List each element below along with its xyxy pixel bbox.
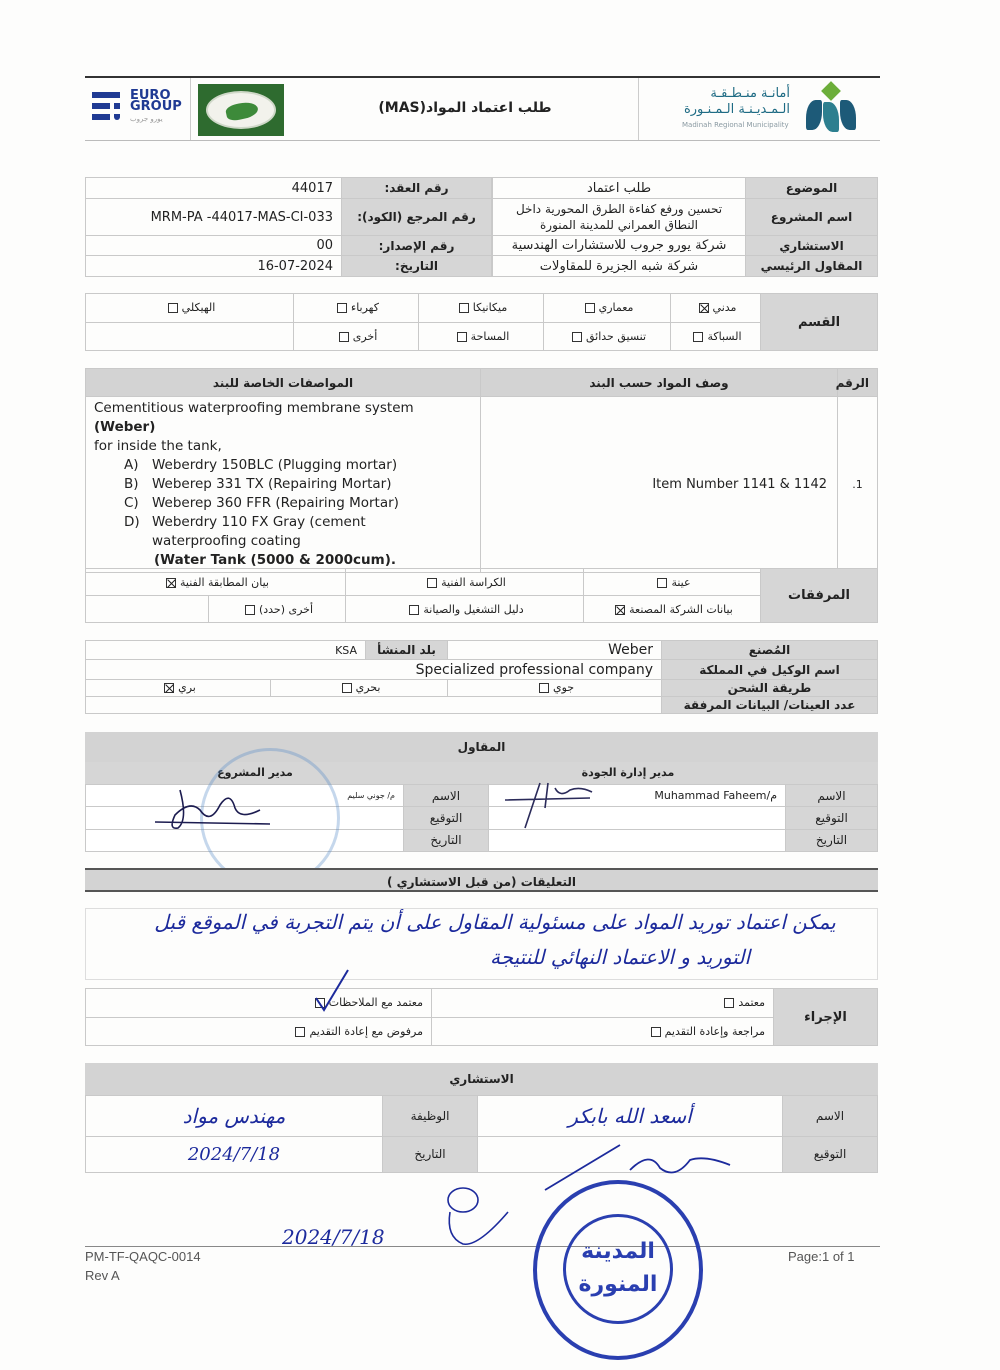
consultant-stamp: المدينة المنورة — [533, 1180, 703, 1360]
attachment-other[interactable]: أخرى (حدد) — [209, 596, 346, 623]
attachment-sample[interactable]: عينة — [584, 569, 761, 596]
origin-country-value: KSA — [86, 641, 366, 660]
contract-number-label: رقم العقد: — [342, 178, 492, 199]
contractor-title: المقاول — [85, 732, 878, 762]
item-number: .1 — [838, 397, 878, 573]
items-table: الرقم وصف المواد حسب البند المواصفات الخ… — [85, 368, 878, 551]
attachment-compliance-statement[interactable]: بيان المطابقة الفنية — [86, 569, 346, 596]
checkbox-compliance-statement[interactable] — [166, 578, 176, 588]
approved-with-comments-checkmark-icon — [312, 968, 352, 1013]
euro-group-logo: EURO GROUP يورو جروب — [92, 88, 187, 130]
project-name-value: تحسين ورفع كفاءة الطرق المحورية داخل الن… — [493, 199, 746, 236]
qm-name-label: الاسم — [786, 785, 878, 807]
spec-intro: Cementitious waterproofing membrane syst… — [94, 399, 472, 437]
pm-date-label: التاريخ — [404, 829, 489, 851]
checkbox-civil[interactable] — [699, 303, 709, 313]
form-code: PM-TF-QAQC-0014 — [85, 1249, 201, 1264]
checkbox-manufacturer-data[interactable] — [615, 605, 625, 615]
qm-signature-scribble — [500, 778, 600, 833]
header-top-rule — [85, 76, 880, 78]
items-header-description: وصف المواد حسب البند — [481, 369, 838, 397]
consultant-value: شركة يورو جروب للاستشارات الهندسية — [493, 236, 746, 256]
date-label: التاريخ: — [342, 256, 492, 277]
division-option-mechanical[interactable]: ميكانيكا — [419, 294, 544, 323]
info-table-left: رقم العقد:44017 رقم المرجع (الكود):MRM-P… — [85, 177, 492, 276]
qm-signature-label: التوقيع — [786, 807, 878, 829]
header-divider-right — [638, 78, 639, 140]
manufacturer-value: Weber — [448, 641, 662, 660]
shipping-option-sea[interactable]: بحري — [271, 679, 448, 696]
spec-item-a: A)Weberdry 150BLC (Plugging mortar) — [94, 456, 472, 475]
revision-number-label: رقم الإصدار: — [342, 236, 492, 256]
date-value: 16-07-2024 — [86, 256, 342, 277]
checkbox-attachment-other[interactable] — [245, 605, 255, 615]
item-description: Item Number 1141 & 1142 — [481, 397, 838, 573]
division-option-structural[interactable]: الهيكلي — [86, 294, 294, 323]
header-bottom-rule — [85, 140, 880, 141]
checkbox-rejected-resubmit[interactable] — [295, 1027, 305, 1037]
division-option-landscaping[interactable]: تنسيق حدائق — [544, 322, 671, 351]
checkbox-structural[interactable] — [168, 303, 178, 313]
municipality-name-en: Madinah Regional Municipality — [682, 121, 789, 129]
spec-item-b: B)Weberep 331 TX (Repairing Mortar) — [94, 475, 472, 494]
consultant-signature-label: التوقيع — [783, 1136, 878, 1172]
consultant-name-label: الاسم — [783, 1096, 878, 1137]
footer-rule — [85, 1246, 880, 1247]
samples-count-value — [86, 696, 662, 713]
project-name-label: اسم المشروع — [746, 199, 878, 236]
checkbox-landscaping[interactable] — [572, 332, 582, 342]
peninsula-logo — [198, 84, 284, 136]
division-option-electrical[interactable]: كهرباء — [294, 294, 419, 323]
comments-handwritten-line2: التوريد و الاعتماد النهائي للنتيجة — [430, 945, 810, 969]
reference-code-label: رقم المرجع (الكود): — [342, 199, 492, 236]
consultant-date-label: التاريخ — [383, 1136, 478, 1172]
checkbox-om-manual[interactable] — [409, 605, 419, 615]
pm-signature-label: التوقيع — [404, 807, 489, 829]
action-table: الإجراء معتمد معتمد مع الملاحظات مراجعة … — [85, 988, 878, 1046]
subject-value: طلب اعتماد — [493, 178, 746, 199]
division-option-survey[interactable]: المساحة — [419, 322, 544, 351]
attachment-manufacturer-data[interactable]: بيانات الشركة المصنعة — [584, 596, 761, 623]
spec-intro-2: for inside the tank, — [94, 437, 472, 456]
revision-label: Rev A — [85, 1268, 120, 1283]
manufacturer-label: المُصنع — [662, 641, 878, 660]
main-contractor-label: المقاول الرئيسي — [746, 256, 878, 277]
subject-label: الموضوع — [746, 178, 878, 199]
pm-name-label: الاسم — [404, 785, 489, 807]
division-option-architectural[interactable]: معماري — [544, 294, 671, 323]
action-label: الإجراء — [774, 989, 878, 1046]
checkbox-revise-resubmit[interactable] — [651, 1027, 661, 1037]
euro-group-sub: يورو جروب — [130, 115, 163, 123]
checkbox-survey[interactable] — [457, 332, 467, 342]
action-option-approved[interactable]: معتمد — [432, 989, 774, 1018]
local-agent-value: Specialized professional company — [86, 660, 662, 679]
division-option-other[interactable]: أخرى — [294, 322, 419, 351]
footer-initials-scribble — [438, 1182, 518, 1252]
checkbox-air[interactable] — [539, 683, 549, 693]
division-label: القسم — [761, 294, 878, 351]
stamp-center-line1: المدينة — [537, 1239, 699, 1264]
shipping-method-label: طريقة الشحن — [662, 679, 878, 696]
items-header-number: الرقم — [838, 369, 878, 397]
action-option-revise-resubmit[interactable]: مراجعة وإعادة التقديم — [432, 1017, 774, 1046]
action-option-approved-with-comments[interactable]: معتمد مع الملاحظات — [86, 989, 432, 1018]
municipality-name-line1: أمانـة منـطـقـة — [680, 86, 790, 101]
checkbox-electrical[interactable] — [337, 303, 347, 313]
euro-group-line2: GROUP — [130, 101, 182, 113]
euro-group-mark-icon — [92, 92, 122, 122]
checkbox-sample[interactable] — [657, 578, 667, 588]
header-divider-left — [190, 78, 191, 140]
checkbox-other[interactable] — [339, 332, 349, 342]
contract-number-value: 44017 — [86, 178, 342, 199]
attachments-label: المرفقات — [761, 569, 878, 623]
main-contractor-value: شركة شبه الجزيرة للمقاولات — [493, 256, 746, 277]
comments-title: التعليقات (من قبل الاستشاري ) — [85, 868, 878, 892]
consultant-date-value: 2024/7/18 — [86, 1136, 383, 1172]
shipping-option-land[interactable]: بري — [86, 679, 271, 696]
qm-date-label: التاريخ — [786, 829, 878, 851]
consultant-job-value: مهندس مواد — [86, 1096, 383, 1137]
division-option-plumbing[interactable]: السباكة — [671, 322, 761, 351]
pm-signature-scribble — [150, 780, 280, 835]
checkbox-approved[interactable] — [724, 998, 734, 1008]
page-title: طلب اعتماد المواد(MAS) — [300, 100, 630, 116]
stamp-center-line2: المنورة — [537, 1272, 699, 1297]
info-table-right: الموضوعطلب اعتماد اسم المشروعتحسين ورفع … — [492, 177, 878, 276]
comments-handwritten-line1: يمكن اعتماد توريد المواد على مسئولية الم… — [130, 910, 860, 934]
shipping-option-air[interactable]: جوي — [448, 679, 662, 696]
samples-count-label: عدد العينات/ البيانات المرفقة — [662, 696, 878, 713]
consultant-title: الاستشاري — [85, 1063, 878, 1095]
attachment-om-manual[interactable]: دليل التشغيل والصيانة — [346, 596, 584, 623]
consultant-table: الاسم أسعد الله بابكر الوظيفة مهندس مواد… — [85, 1095, 878, 1173]
manufacturer-table: المُصنع Weber بلد المنشأ KSA اسم الوكيل … — [85, 640, 878, 714]
checkbox-land[interactable] — [164, 683, 174, 693]
consultant-job-label: الوظيفة — [383, 1096, 478, 1137]
reference-code-value: MRM-PA -44017-MAS-CI-033 — [86, 199, 342, 236]
checkbox-technical-booklet[interactable] — [427, 578, 437, 588]
division-option-civil[interactable]: مدني — [671, 294, 761, 323]
arabian-peninsula-map-icon — [206, 91, 276, 129]
item-specifications: Cementitious waterproofing membrane syst… — [86, 397, 481, 573]
checkbox-architectural[interactable] — [585, 303, 595, 313]
checkbox-sea[interactable] — [342, 683, 352, 693]
page-number: Page:1 of 1 — [788, 1249, 855, 1264]
checkbox-mechanical[interactable] — [459, 303, 469, 313]
attachment-technical-booklet[interactable]: الكراسة الفنية — [346, 569, 584, 596]
spec-item-c: C)Weberep 360 FFR (Repairing Mortar) — [94, 494, 472, 513]
municipality-emblem-icon — [804, 84, 858, 134]
action-option-rejected-resubmit[interactable]: مرفوض مع إعادة التقديم — [86, 1017, 432, 1046]
checkbox-plumbing[interactable] — [693, 332, 703, 342]
spec-item-d: D)Weberdry 110 FX Gray (cement waterproo… — [94, 513, 472, 551]
local-agent-label: اسم الوكيل في المملكة — [662, 660, 878, 679]
items-header-specs: المواصفات الخاصة للبند — [86, 369, 481, 397]
municipality-logo: أمانـة منـطـقـة الـمـديـنـة الـمـنـورة M… — [680, 84, 870, 138]
attachments-table: المرفقات عينة الكراسة الفنية بيان المطاب… — [85, 568, 878, 623]
origin-country-label: بلد المنشأ — [366, 641, 448, 660]
revision-number-value: 00 — [86, 236, 342, 256]
division-table: القسم مدني معماري ميكانيكا كهرباء الهيكل… — [85, 293, 878, 351]
municipality-name-line2: الـمـديـنـة الـمـنـورة — [680, 102, 790, 117]
table-row: .1 Item Number 1141 & 1142 Cementitious … — [86, 397, 878, 573]
consultant-label: الاستشاري — [746, 236, 878, 256]
